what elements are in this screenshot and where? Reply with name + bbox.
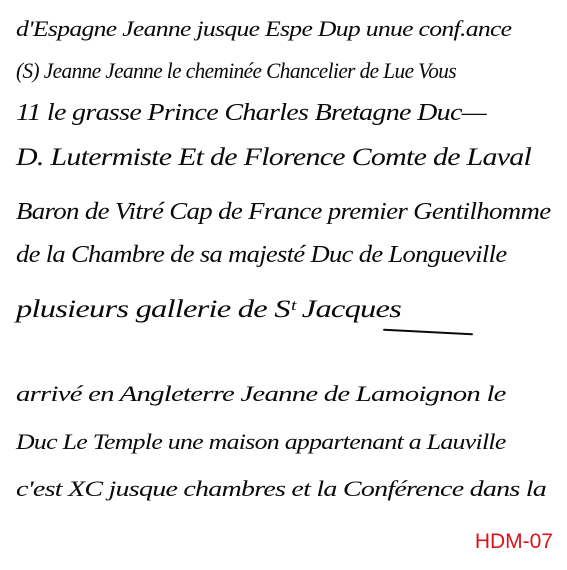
manuscript-line-7: plusieurs gallerie de Sᵗ Jacques — [16, 296, 401, 324]
manuscript-line-3: 11 le grasse Prince Charles Bretagne Duc… — [16, 100, 486, 127]
manuscript-line-10: c'est XC jusque chambres et la Conférenc… — [16, 476, 546, 502]
manuscript-line-6: de la Chambre de sa majesté Duc de Longu… — [16, 242, 506, 269]
manuscript-line-8: arrivé en Angleterre Jeanne de Lamoignon… — [16, 381, 506, 407]
manuscript-line-2: (S) Jeanne Jeanne le cheminée Chancelier… — [16, 58, 456, 84]
document-id-label: HDM-07 — [475, 530, 553, 554]
manuscript-line-9: Duc Le Temple une maison appartenant a L… — [16, 429, 506, 455]
manuscript-page: d'Espagne Jeanne jusque Espe Dup unue co… — [0, 0, 567, 570]
manuscript-line-4: D. Lutermiste Et de Florence Comte de La… — [16, 144, 531, 172]
manuscript-line-5: Baron de Vitré Cap de France premier Gen… — [16, 199, 550, 226]
manuscript-line-1: d'Espagne Jeanne jusque Espe Dup unue co… — [16, 16, 511, 42]
pen-flourish — [383, 329, 473, 336]
